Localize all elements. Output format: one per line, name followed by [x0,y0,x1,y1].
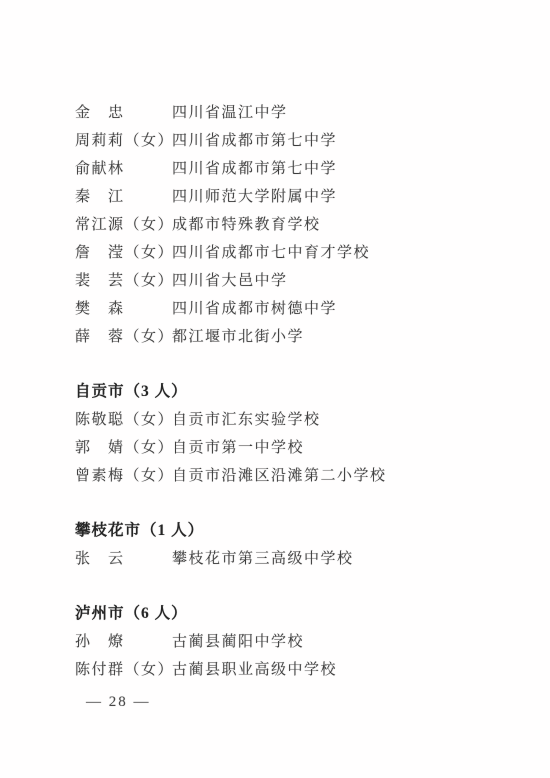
school-name: 四川省成都市树德中学 [172,295,532,323]
person-name: 樊 森 [75,295,172,323]
list-item: 郭 婧（女） 自贡市第一中学校 [75,434,532,462]
section-heading-luzhou: 泸州市（6 人） [75,600,532,628]
person-name: 裴 芸（女） [75,267,172,295]
person-name: 周莉莉（女） [75,127,172,155]
school-name: 自贡市沿滩区沿滩第二小学校 [172,462,532,490]
section-heading-zigong: 自贡市（3 人） [75,378,532,406]
school-name: 四川省成都市第七中学 [172,127,532,155]
list-item: 陈敬聪（女） 自贡市汇东实验学校 [75,406,532,434]
school-name: 古蔺县蔺阳中学校 [172,628,532,656]
award-list: 金 忠 四川省温江中学 周莉莉（女） 四川省成都市第七中学 俞献林 四川省成都市… [75,99,532,684]
school-name: 四川师范大学附属中学 [172,183,532,211]
list-item: 樊 森 四川省成都市树德中学 [75,295,532,323]
school-name: 四川省成都市第七中学 [172,155,532,183]
list-item: 常江源（女） 成都市特殊教育学校 [75,211,532,239]
list-item: 秦 江 四川师范大学附属中学 [75,183,532,211]
list-item: 曾素梅（女） 自贡市沿滩区沿滩第二小学校 [75,462,532,490]
list-item: 孙 燎 古蔺县蔺阳中学校 [75,628,532,656]
school-name: 古蔺县职业高级中学校 [172,656,532,684]
person-name: 詹 滢（女） [75,239,172,267]
person-name: 俞献林 [75,155,172,183]
person-name: 曾素梅（女） [75,462,172,490]
school-name: 都江堰市北街小学 [172,323,532,351]
list-item: 詹 滢（女） 四川省成都市七中育才学校 [75,239,532,267]
person-name: 薛 蓉（女） [75,323,172,351]
page-number: — 28 — [86,692,151,712]
list-item: 裴 芸（女） 四川省大邑中学 [75,267,532,295]
person-name: 秦 江 [75,183,172,211]
school-name: 自贡市第一中学校 [172,434,532,462]
list-item: 俞献林 四川省成都市第七中学 [75,155,532,183]
school-name: 攀枝花市第三高级中学校 [172,545,532,573]
list-item: 薛 蓉（女） 都江堰市北街小学 [75,323,532,351]
person-name: 张 云 [75,545,172,573]
person-name: 孙 燎 [75,628,172,656]
document-page: 金 忠 四川省温江中学 周莉莉（女） 四川省成都市第七中学 俞献林 四川省成都市… [0,0,550,778]
section-heading-panzhihua: 攀枝花市（1 人） [75,517,532,545]
school-name: 四川省大邑中学 [172,267,532,295]
school-name: 自贡市汇东实验学校 [172,406,532,434]
person-name: 陈敬聪（女） [75,406,172,434]
person-name: 金 忠 [75,99,172,127]
school-name: 四川省成都市七中育才学校 [172,239,532,267]
person-name: 陈付群（女） [75,656,172,684]
list-item: 陈付群（女） 古蔺县职业高级中学校 [75,656,532,684]
person-name: 郭 婧（女） [75,434,172,462]
list-item: 周莉莉（女） 四川省成都市第七中学 [75,127,532,155]
person-name: 常江源（女） [75,211,172,239]
list-item: 金 忠 四川省温江中学 [75,99,532,127]
list-item: 张 云 攀枝花市第三高级中学校 [75,545,532,573]
school-name: 成都市特殊教育学校 [172,211,532,239]
school-name: 四川省温江中学 [172,99,532,127]
